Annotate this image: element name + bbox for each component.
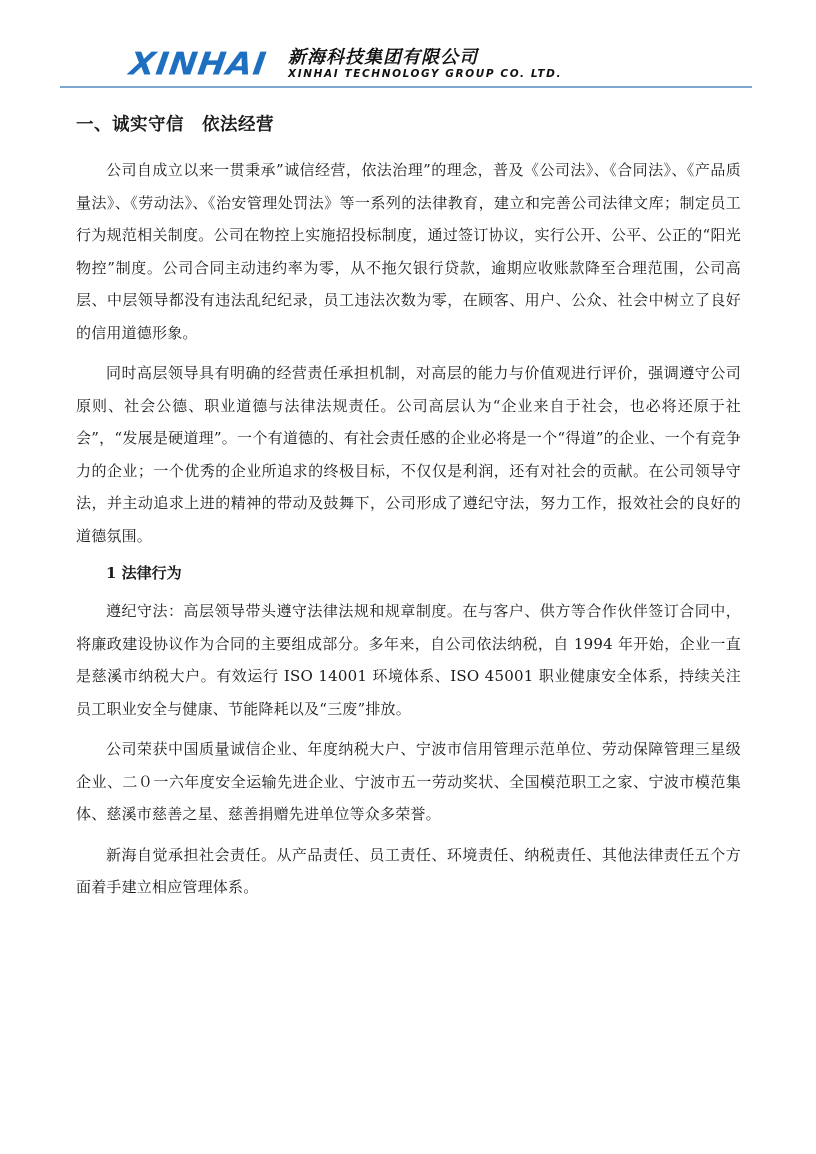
document-body: 一、诚实守信 依法经营 公司自成立以来一贯秉承”诚信经营，依法治理”的理念，普及… [76,112,741,912]
company-name-cn: 新海科技集团有限公司 [288,48,478,68]
paragraph-compliance: 遵纪守法：高层领导带头遵守法律法规和规章制度。在与客户、供方等合作伙伴签订合同中… [76,595,741,725]
paragraph-social-responsibility: 新海自觉承担社会责任。从产品责任、员工责任、环境责任、纳税责任、其他法律责任五个… [76,839,741,904]
paragraph-integrity: 公司自成立以来一贯秉承”诚信经营，依法治理”的理念，普及《公司法》、《合同法》、… [76,154,741,349]
header-divider [60,86,752,88]
company-name-en: XINHAI TECHNOLOGY GROUP CO. LTD. [288,68,562,80]
paragraph-honors: 公司荣获中国质量诚信企业、年度纳税大户、宁波市信用管理示范单位、劳动保障管理三星… [76,733,741,831]
letterhead: XINHAI 新海科技集团有限公司 XINHAI TECHNOLOGY GROU… [60,40,752,88]
company-logo: XINHAI [127,48,268,80]
paragraph-leadership: 同时高层领导具有明确的经营责任承担机制，对高层的能力与价值观进行评价，强调遵守公… [76,357,741,552]
subsection-title: 1 法律行为 [76,560,741,586]
section-title: 一、诚实守信 依法经营 [76,112,741,138]
